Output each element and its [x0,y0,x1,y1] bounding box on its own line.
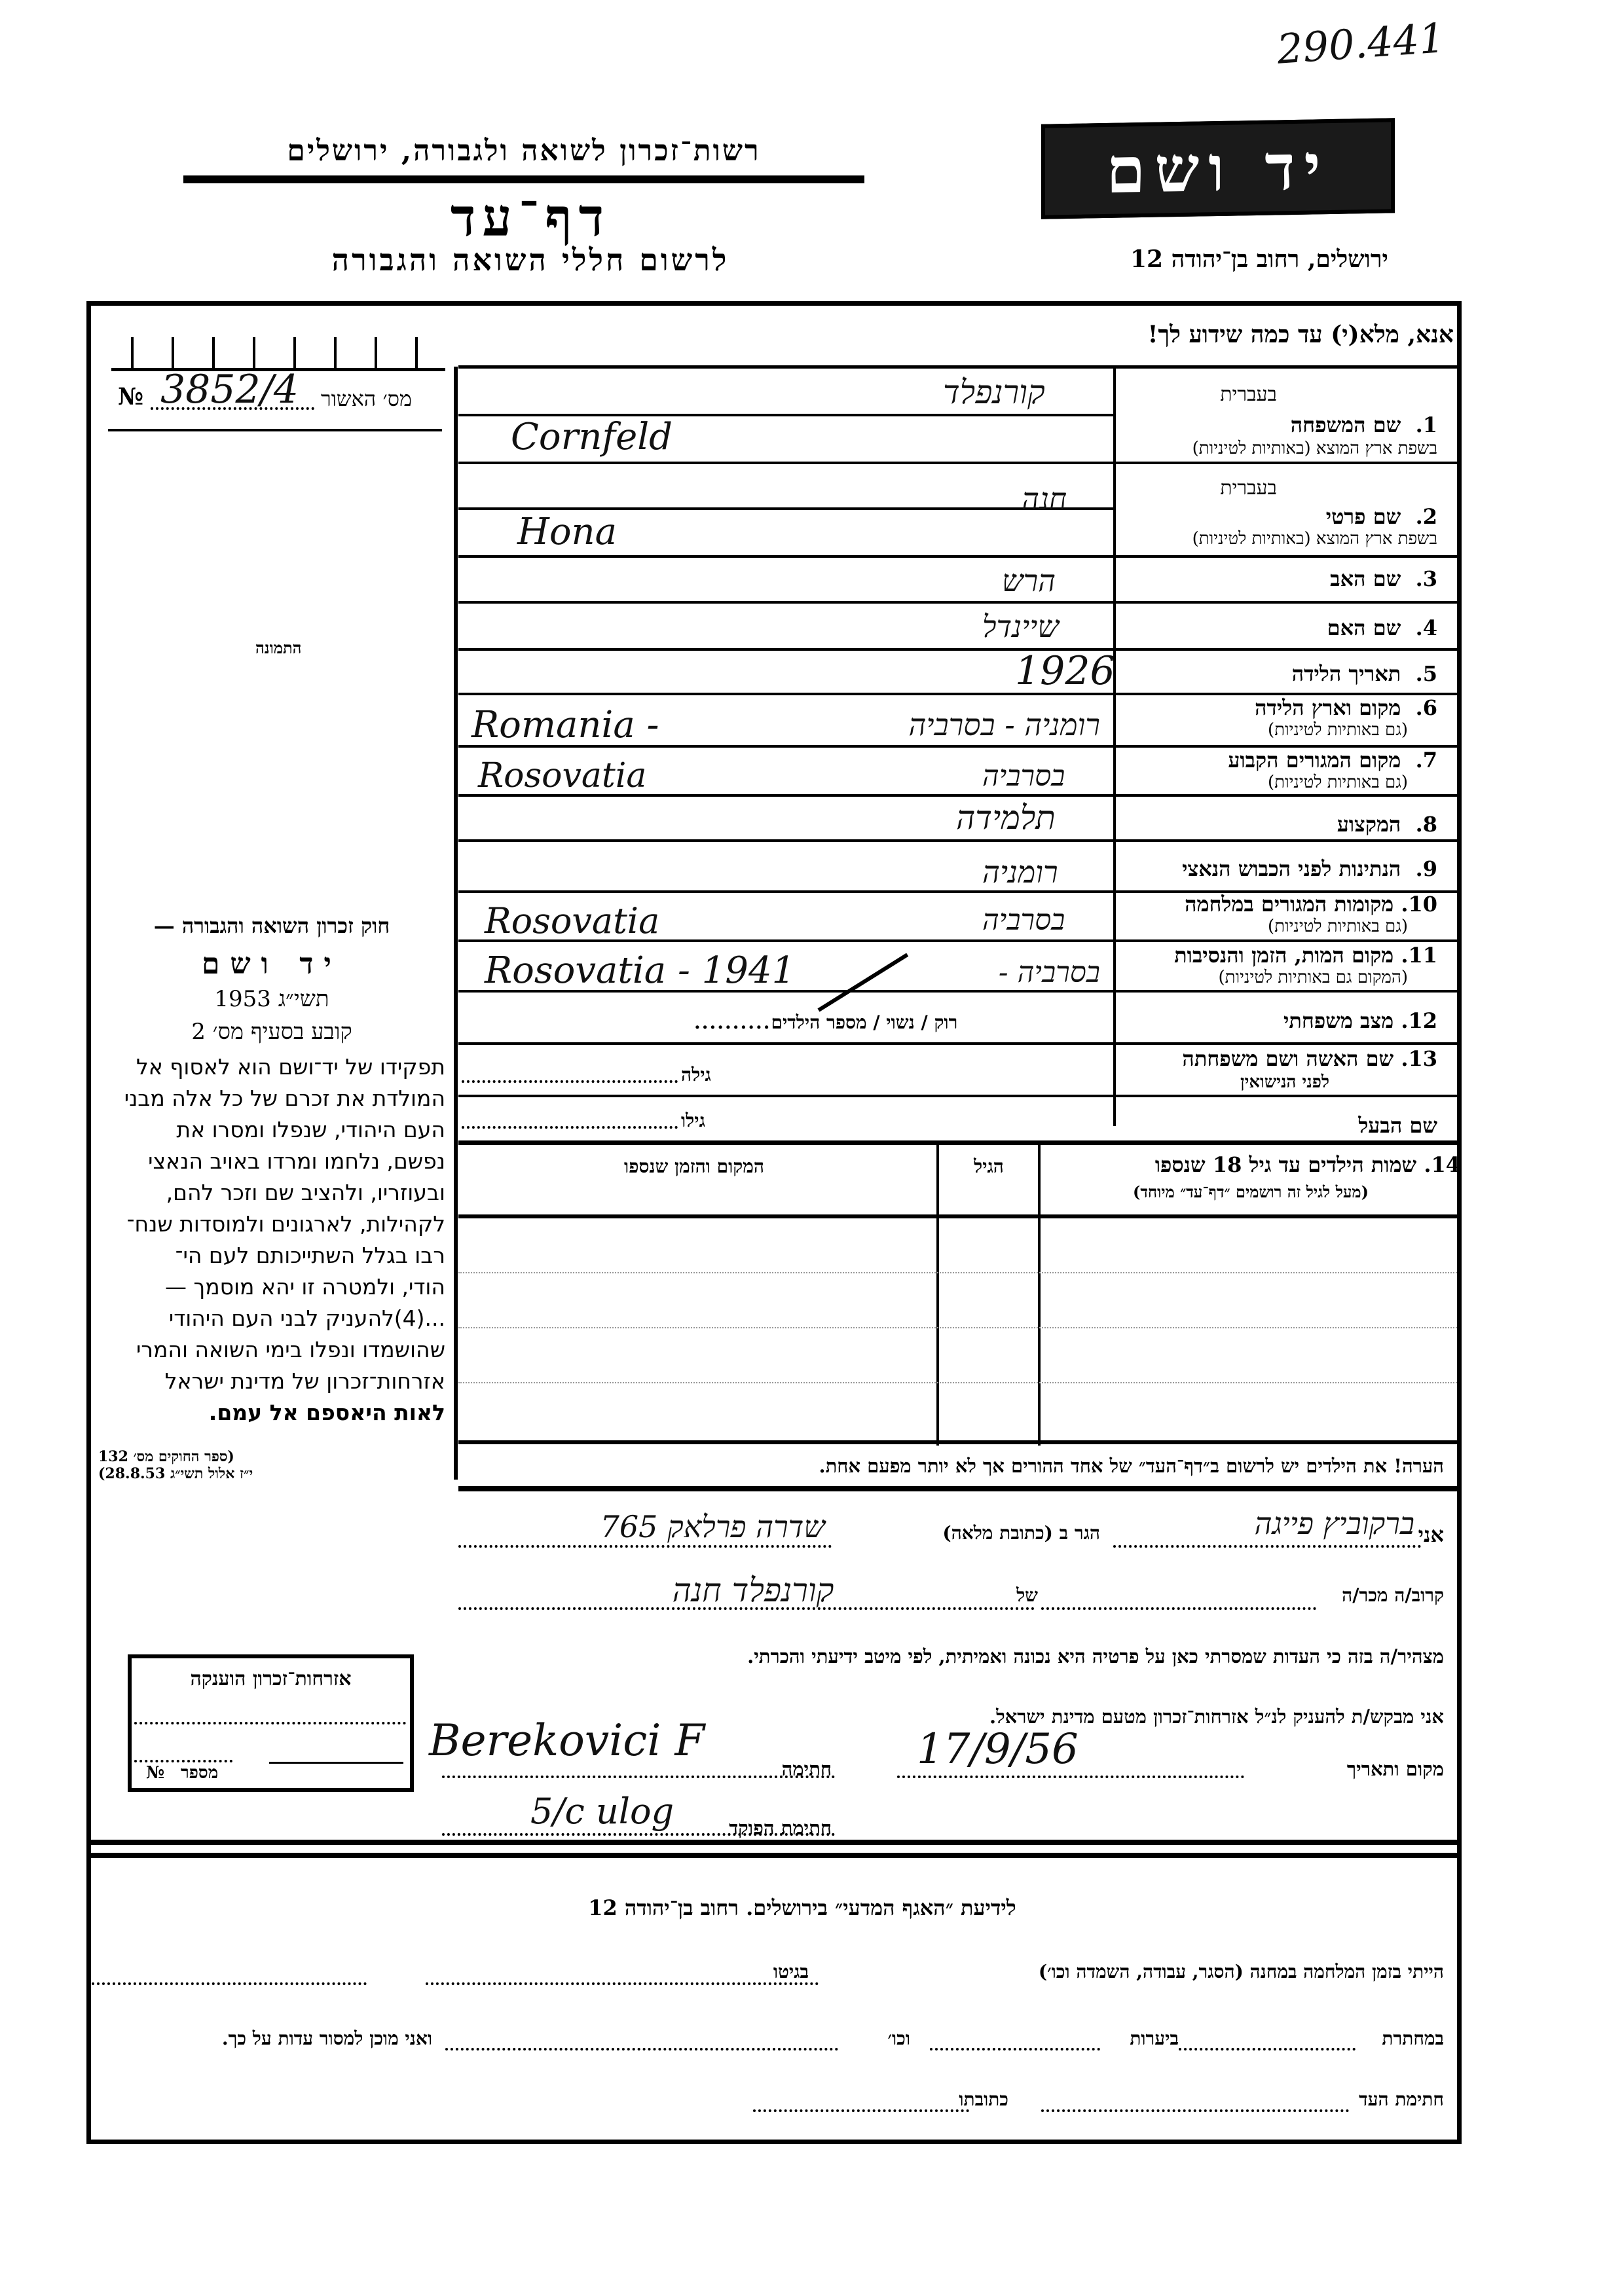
decl-relative-field[interactable] [1041,1607,1316,1610]
field-13-label: 13. שם האשה ושם משפחתה [1182,1046,1437,1071]
footer-forests-field[interactable] [930,2048,1100,2050]
footer-heading: לידיעת ״האגף המדעי״ בירושלים. רחוב בן־יה… [393,1895,1211,1920]
field-10-value-he[interactable]: בסרביה [982,903,1065,937]
footer-witness-sig-field[interactable] [1041,2109,1349,2112]
footer-ghetto-label: בגיטו [773,1961,809,1983]
decl-signature-value: Berekovici F [429,1715,705,1766]
field-1-value-he[interactable]: קורנפלד [943,373,1045,411]
children-header-names: 14. שמות הילדים עד גיל 18 שנספו (מעל לגי… [1041,1152,1460,1202]
citizenship-number-field[interactable] [134,1760,232,1762]
decl-resides-label: הגר ב (כתובת מלאה) [942,1522,1100,1544]
address: ירושלים, רחוב בן־יהודה 12 [1035,246,1388,273]
footer-witness-sig-label: חתימת העד [1359,2088,1444,2111]
field-1-label: 1. שם המשפחה [1291,412,1437,437]
field-5-value[interactable]: 1926 [1015,648,1115,694]
field-6-label: 6. מקום וארץ הלידה [1255,695,1437,720]
footer-ghetto-field[interactable] [92,1982,367,1985]
decl-relative-label: קרוב/ה מכר/ה [1342,1584,1444,1607]
field-2-value-latin[interactable]: Hona [517,511,617,553]
footer-address-field[interactable] [753,2109,969,2112]
org-name-underline [183,175,864,183]
children-row-4[interactable] [458,1383,1457,1437]
footer-forests-label: ביערות [1130,2028,1179,2050]
decl-address-field[interactable] [458,1545,832,1548]
yad-vashem-logo: יד ושם [1041,118,1395,219]
husband-label: שם הבעל [1358,1113,1437,1138]
field-4-value[interactable]: שיינדל [982,609,1059,644]
law-citation-1: (ספר החוקים מס׳ 132 [98,1448,445,1465]
field-10-value-latin[interactable]: Rosovatia [485,900,659,941]
decl-clerk-label: חתימת הפוקד [729,1817,832,1840]
field-7-value-latin[interactable]: Rosovatia [478,756,646,795]
citizenship-no-symbol: № [146,1763,164,1783]
field-1-hebrew-tag: בעברית [1220,383,1277,406]
archive-number: 290.441 [1276,14,1447,73]
citizenship-field-1[interactable] [134,1722,406,1724]
footer-etc-label: וכו׳ [888,2028,910,2050]
decl-i-field[interactable] [1113,1545,1421,1548]
law-box: חוק זכרון השואה והגבורה — יד ושם תשי״ג 1… [98,913,445,1482]
field-9-value[interactable]: רומניה [982,854,1058,890]
form-subtitle: לרשום חללי השואה והגבורה [249,242,812,278]
form-title: דף־עד [367,187,694,249]
wife-age-field[interactable] [462,1080,678,1083]
approval-ticks [118,331,432,370]
decl-i-value: ברקוביץ פייגה [1126,1506,1414,1541]
law-name: יד ושם [98,947,445,981]
citizenship-box: אזרחות־זכרון הוענקה № מספר [128,1654,414,1792]
field-7-value-he[interactable]: בסרביה [982,759,1065,793]
instructions: אנא, מלא(י) עד כמה שידוע לך! [1148,321,1454,348]
decl-of-label: של [1016,1584,1038,1607]
field-6-sub: (גם באותיות לטיניות) [1268,720,1408,740]
field-2-value-he[interactable]: חנה [1022,481,1067,517]
field-3-label: 3. שם האב [1330,566,1437,591]
logo-text: יד ושם [1045,122,1391,215]
field-8-value[interactable]: תלמידה [956,799,1056,837]
children-row-1[interactable] [458,1218,1457,1273]
husband-age-label: גילו [681,1110,705,1132]
decl-place-date-label: מקום ותאריך [1347,1758,1444,1781]
field-11-value-he[interactable]: בסרביה - [871,956,1100,989]
decl-signature-field[interactable] [442,1776,835,1778]
field-5-label: 5. תאריך הלידה [1292,661,1437,686]
footer-address-label: כתובתו [959,2088,1008,2111]
field-2-label: 2. שם פרטי [1326,504,1437,529]
field-9-label: 9. הנתינות לפני הכבוש הנאצי [1182,856,1437,881]
children-header-place: המקום והזמן שנספו [458,1156,930,1178]
husband-age-field[interactable] [462,1126,678,1129]
field-6-value-he[interactable]: רומניה - בסרביה [760,707,1100,742]
law-citation-2: י״ז אלול תשי״ג 28.8.53) [98,1465,445,1482]
law-body: תפקידו של יד־ושם הוא לאסוף אל המולדת את … [98,1051,445,1429]
approval-no-symbol: № [118,383,143,410]
field-4-label: 4. שם האם [1327,615,1437,640]
field-13-sub: לפני הנישואין [1240,1072,1329,1092]
field-11-value-latin[interactable]: Rosovatia - 1941 [485,949,795,992]
footer-camp-label: הייתי בזמן המלחמה במחנה (הסגר, עבודה, הש… [1039,1961,1444,1983]
field-7-label: 7. מקום המגורים הקבוע [1228,748,1437,773]
decl-clerk-field[interactable] [442,1833,835,1836]
decl-address-value: שדרה פרלאק 765 [458,1509,825,1544]
marital-status-options[interactable]: רוק / נשוי / מספר הילדים.......... [694,1011,957,1034]
children-header-age: הגיל [943,1156,1035,1178]
children-row-3[interactable] [458,1328,1457,1383]
law-title: חוק זכרון השואה והגבורה — [98,913,445,938]
law-clause: קובע בסעיף מס׳ 2 [98,1019,445,1045]
decl-clerk-value: 5/c ulog [530,1791,674,1832]
footer-ready-text: ואני מוכן למסור עדות על כך. [222,2028,432,2050]
decl-i-label: אני [1418,1522,1444,1547]
field-10-sub: (גם באותיות לטיניות) [1268,917,1408,936]
field-7-sub: (גם באותיות לטיניות) [1268,773,1408,792]
left-column-divider [454,367,458,1480]
law-year: תשי״ג 1953 [98,986,445,1012]
org-name: רשות־זכרון לשואה ולגבורה, ירושלים [183,134,864,168]
field-1-value-latin[interactable]: Cornfeld [511,416,673,458]
footer-etc-field[interactable] [445,2048,838,2050]
footer-underground-label: במחתרת [1382,2028,1444,2050]
footer-camp-field[interactable] [426,1982,819,1985]
instructions-divider [458,365,1457,369]
note: הערה! את הילדים יש לרשום ב״דף־העד״ של אח… [819,1455,1444,1478]
wife-age-label: גילה [681,1064,711,1086]
field-3-value[interactable]: הרש [1002,563,1056,598]
field-2-hebrew-tag: בעברית [1220,477,1277,500]
footer-underground-field[interactable] [1179,2048,1356,2050]
decl-place-date-field[interactable] [897,1776,1244,1778]
decl-place-date-value: 17/9/56 [917,1725,1079,1774]
decl-statement: מצהיר/ה בזה כי העדות שמסרתי כאן על פרטיה… [747,1645,1444,1668]
field-11-sub: (המקום גם באותיות לטיניות) [1219,968,1408,987]
approval-number-value: 3852/4 [160,367,299,412]
approval-label: מס׳ האשור [321,386,412,411]
field-2-sub: בשפת ארץ המוצא (באותיות לטיניות) [1192,529,1437,549]
children-row-2[interactable] [458,1273,1457,1328]
field-1-sub: בשפת ארץ המוצא (באותיות לטיניות) [1192,439,1437,458]
citizenship-number-label: מספר [181,1763,218,1783]
field-10-label: 10. מקומות המגורים במלחמה [1185,892,1437,917]
field-11-label: 11. מקום המות, הזמן והנסיבות [1174,943,1437,968]
field-6-value-latin[interactable]: Romania - [471,704,659,746]
photo-label: התמונה [255,638,301,658]
field-8-label: 8. המקצוע [1337,812,1437,837]
decl-of-value: קורנפלד חנה [589,1571,917,1609]
citizenship-title: אזרחות־זכרון הוענקה [132,1667,410,1690]
approval-bottom-line [108,429,442,431]
field-12-label: 12. מצב משפחתי [1283,1008,1437,1033]
